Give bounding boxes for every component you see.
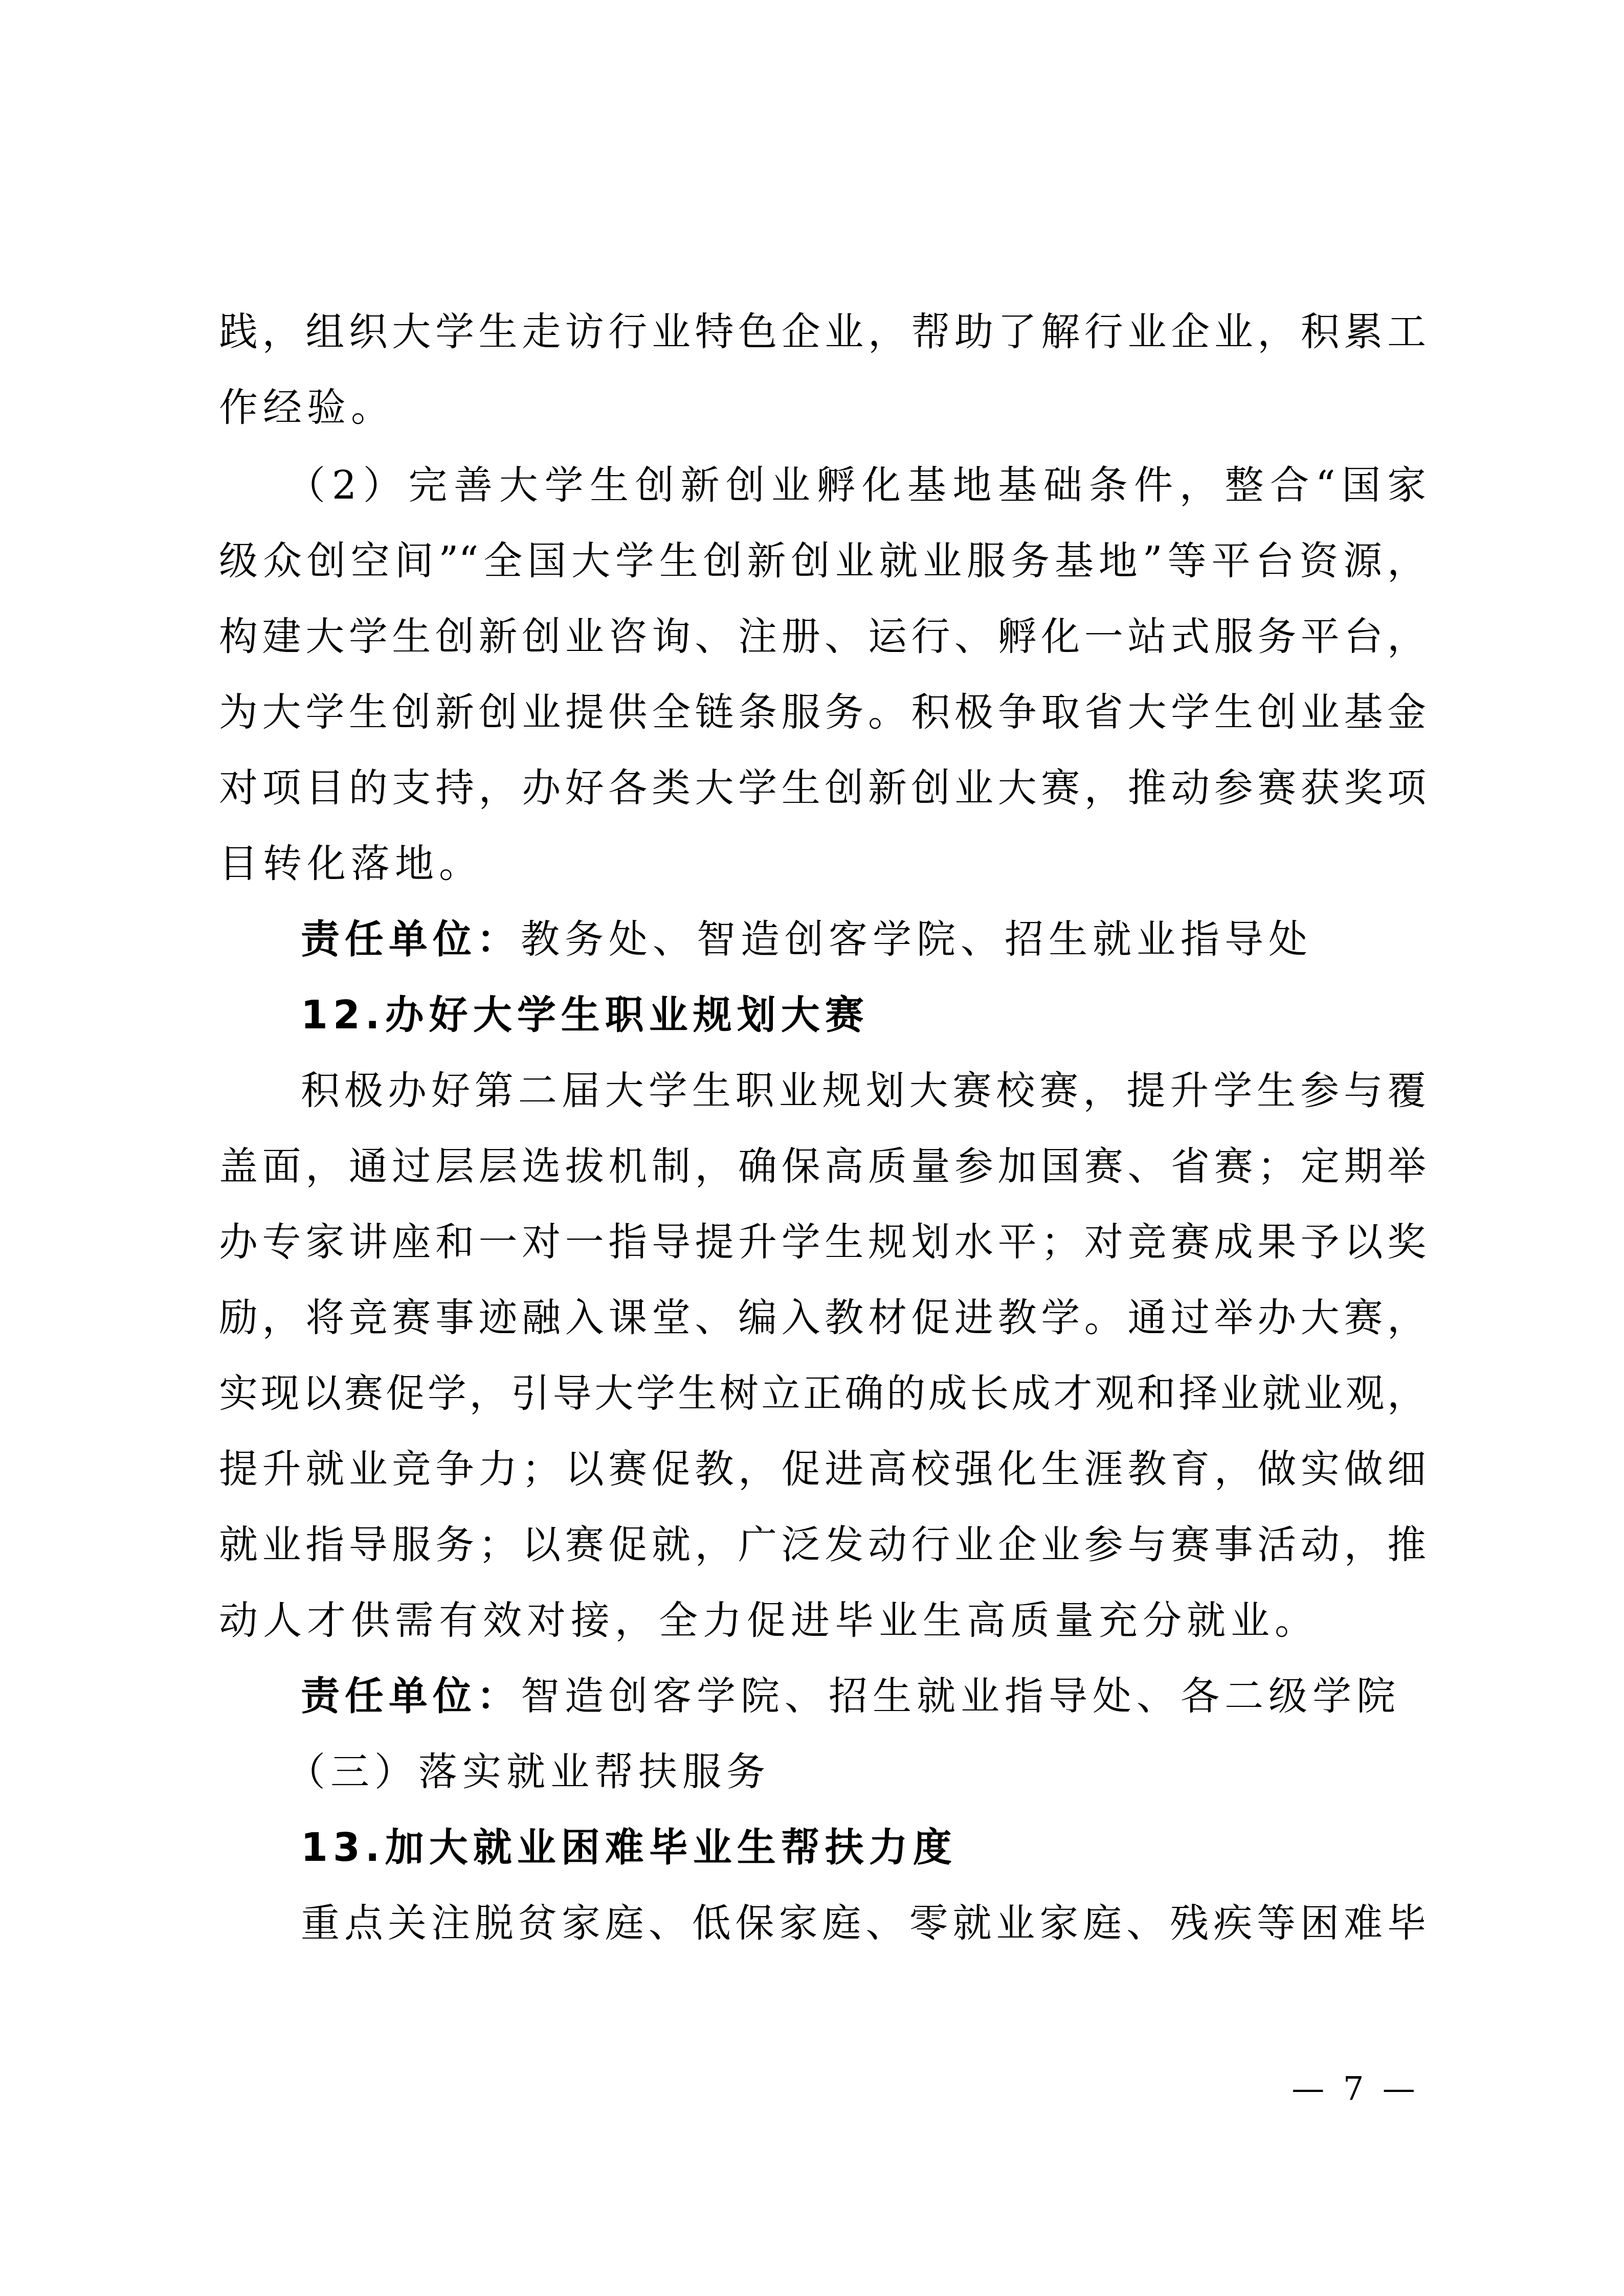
- responsibility-label: 责任单位：: [301, 1673, 521, 1719]
- paragraph-line: 积极办好第二届大学生职业规划大赛校赛，提升学生参与覆: [301, 1053, 1426, 1129]
- paragraph-line: 提升就业竞争力；以赛促教，促进高校强化生涯教育，做实做细: [219, 1431, 1426, 1507]
- responsibility-line: 责任单位：教务处、智造创客学院、招生就业指导处: [301, 902, 1426, 977]
- paragraph-line: 践，组织大学生走访行业特色企业，帮助了解行业企业，积累工: [219, 294, 1426, 370]
- responsibility-value: 教务处、智造创客学院、招生就业指导处: [521, 916, 1312, 962]
- section-heading: 12.办好大学生职业规划大赛: [301, 977, 1426, 1053]
- paragraph-line: 办专家讲座和一对一指导提升学生规划水平；对竞赛成果予以奖: [219, 1204, 1426, 1280]
- paragraph-line: 励，将竞赛事迹融入课堂、编入教材促进教学。通过举办大赛，: [219, 1280, 1426, 1356]
- responsibility-line: 责任单位：智造创客学院、招生就业指导处、各二级学院: [301, 1658, 1426, 1734]
- paragraph-line: 重点关注脱贫家庭、低保家庭、零就业家庭、残疾等困难毕: [301, 1885, 1426, 1961]
- paragraph-line: 为大学生创新创业提供全链条服务。积极争取省大学生创业基金: [219, 674, 1426, 750]
- section-heading: 13.加大就业困难毕业生帮扶力度: [301, 1810, 1426, 1885]
- section-heading: （三）落实就业帮扶服务: [286, 1734, 1412, 1810]
- paragraph-line: 对项目的支持，办好各类大学生创新创业大赛，推动参赛获奖项: [219, 750, 1426, 826]
- responsibility-label: 责任单位：: [301, 916, 521, 962]
- paragraph-line: 实现以赛促学，引导大学生树立正确的成长成才观和择业就业观，: [219, 1356, 1426, 1431]
- responsibility-value: 智造创客学院、招生就业指导处、各二级学院: [521, 1673, 1400, 1719]
- document-page: 践，组织大学生走访行业特色企业，帮助了解行业企业，积累工 作经验。 （2）完善大…: [0, 0, 1624, 2296]
- paragraph-line: （2）完善大学生创新创业孵化基地基础条件，整合“国家: [286, 447, 1426, 523]
- paragraph-line: 目转化落地。: [219, 826, 1426, 902]
- page-number: — 7 —: [1269, 2063, 1442, 2114]
- paragraph-line: 动人才供需有效对接，全力促进毕业生高质量充分就业。: [219, 1583, 1426, 1658]
- paragraph-line: 级众创空间”“全国大学生创新创业就业服务基地”等平台资源，: [219, 523, 1426, 599]
- paragraph-line: 作经验。: [219, 370, 1426, 445]
- paragraph-line: 构建大学生创新创业咨询、注册、运行、孵化一站式服务平台，: [219, 599, 1426, 674]
- paragraph-line: 盖面，通过层层选拔机制，确保高质量参加国赛、省赛；定期举: [219, 1129, 1426, 1204]
- paragraph-line: 就业指导服务；以赛促就，广泛发动行业企业参与赛事活动，推: [219, 1507, 1426, 1583]
